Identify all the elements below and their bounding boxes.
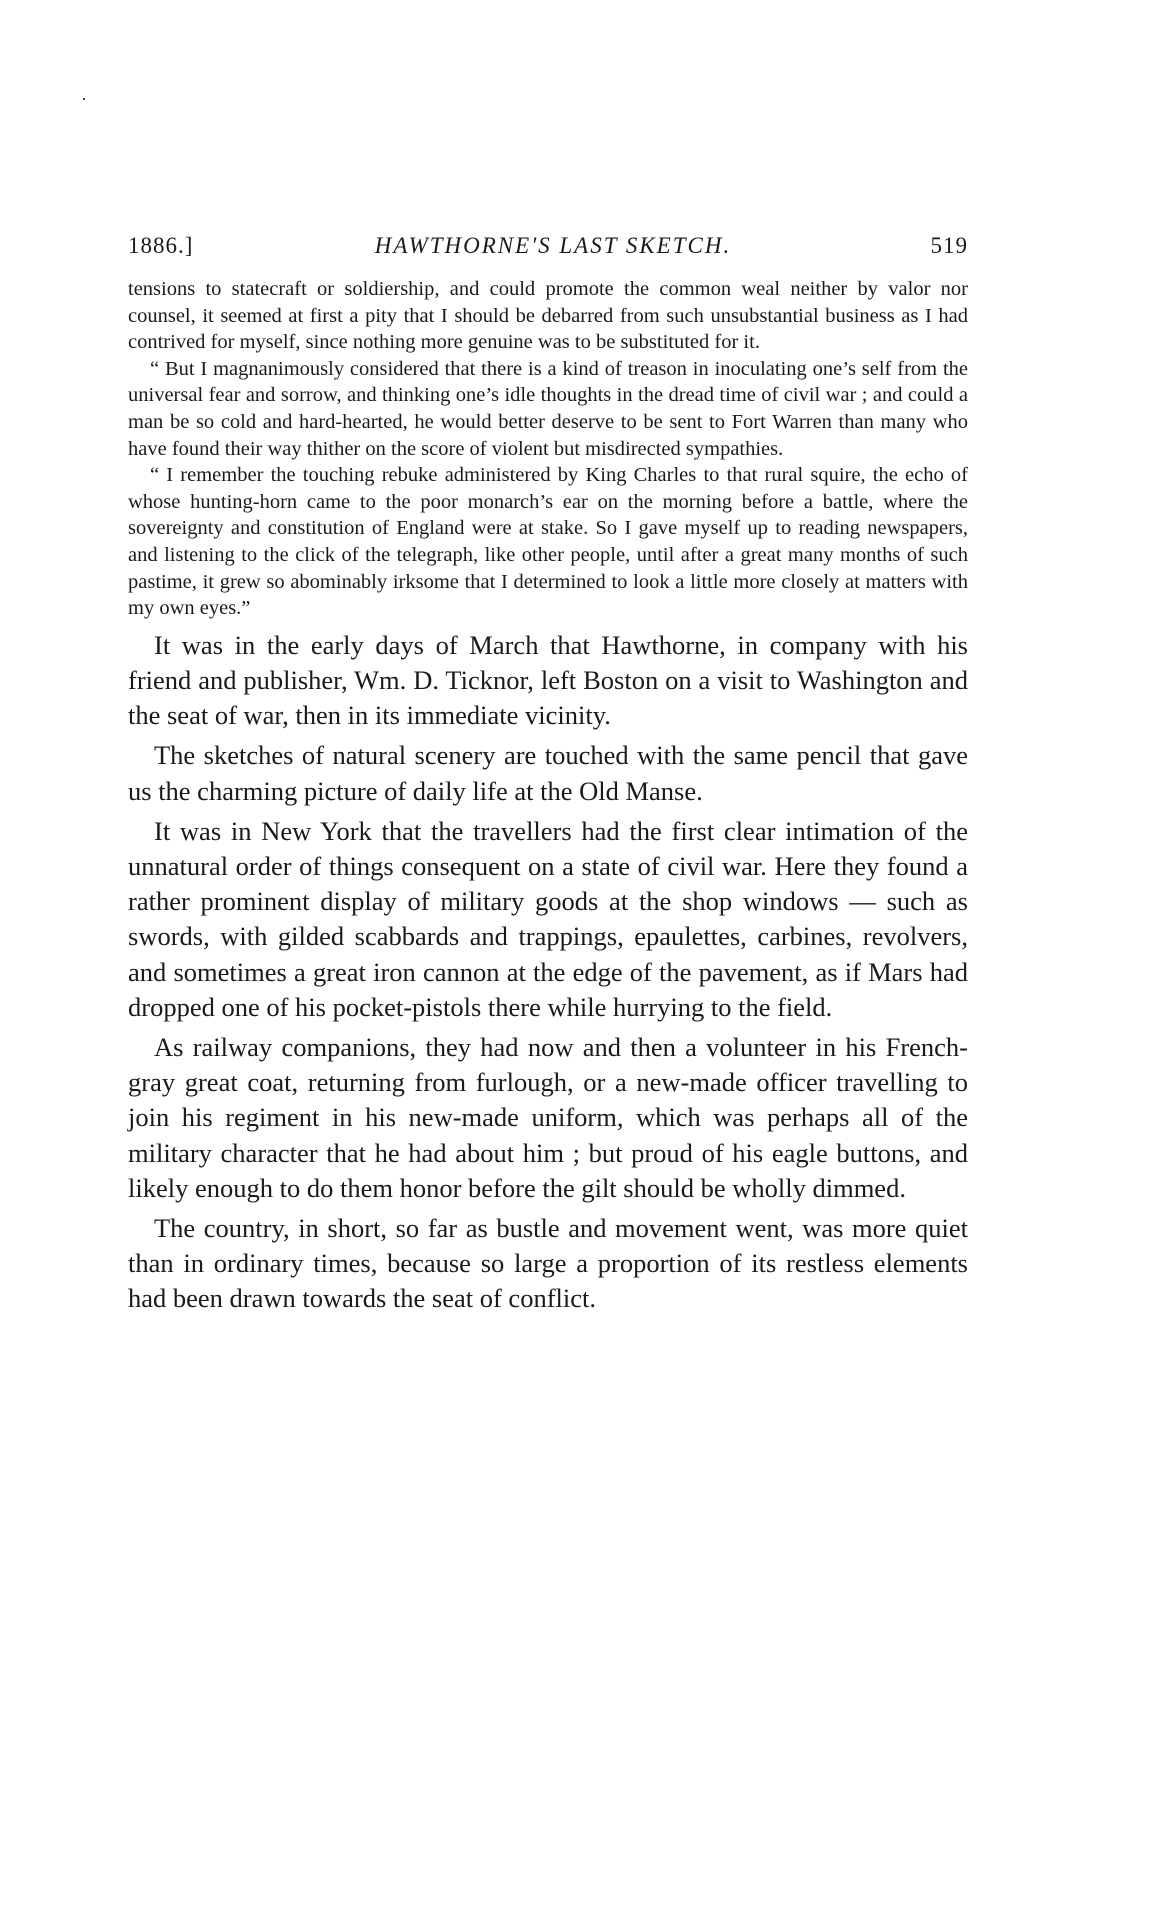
body-text: It was in the early days of March that H… bbox=[128, 628, 968, 1317]
scan-speck bbox=[83, 98, 85, 100]
quoted-paragraph: “ I remember the touching rebuke adminis… bbox=[128, 462, 968, 622]
page-number: 519 bbox=[931, 226, 969, 266]
quoted-paragraph: “ But I magnanimously considered that th… bbox=[128, 356, 968, 462]
running-head: 1886.] HAWTHORNE'S LAST SKETCH. 519 bbox=[128, 226, 968, 266]
quoted-paragraph: tensions to statecraft or soldiership, a… bbox=[128, 276, 968, 356]
body-paragraph: As railway companions, they had now and … bbox=[128, 1030, 968, 1206]
body-paragraph: It was in New York that the travellers h… bbox=[128, 814, 968, 1025]
body-paragraph: It was in the early days of March that H… bbox=[128, 628, 968, 734]
body-paragraph: The sketches of natural scenery are touc… bbox=[128, 738, 968, 808]
book-page: 1886.] HAWTHORNE'S LAST SKETCH. 519 tens… bbox=[128, 226, 968, 1322]
body-paragraph: The country, in short, so far as bustle … bbox=[128, 1211, 968, 1317]
running-head-title: HAWTHORNE'S LAST SKETCH. bbox=[128, 226, 968, 266]
quoted-extract: tensions to statecraft or soldiership, a… bbox=[128, 276, 968, 622]
